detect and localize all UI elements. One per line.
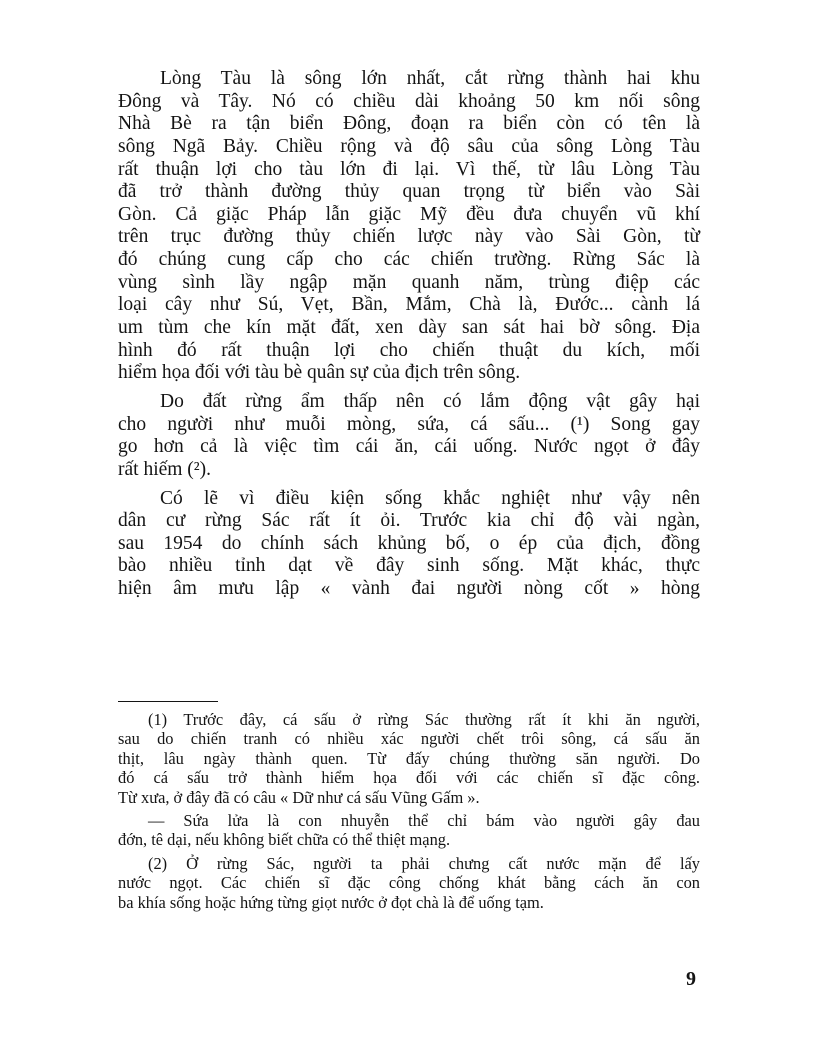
footnote-1-addendum: — Sứa lửa là con nhuyễn thể chỉ bám vào … xyxy=(118,811,700,850)
text-line: sau 1954 do chính sách khủng bố, o ép củ… xyxy=(118,533,700,556)
footnote-line: — Sứa lửa là con nhuyễn thể chỉ bám vào … xyxy=(118,811,700,830)
text-line: Đông và Tây. Nó có chiều dài khoảng 50 k… xyxy=(118,91,700,114)
text-line: rất thuận lợi cho tàu lớn đi lại. Vì thế… xyxy=(118,159,700,182)
footnote-line: nước ngọt. Các chiến sĩ đặc công chống k… xyxy=(118,873,700,892)
text-line: Do đất rừng ẩm thấp nên có lắm động vật … xyxy=(118,391,700,414)
footnote-line: (2) Ở rừng Sác, người ta phải chưng cất … xyxy=(118,854,700,873)
text-line: hình đó rất thuận lợi cho chiến thuật du… xyxy=(118,340,700,363)
paragraph: Có lẽ vì điều kiện sống khắc nghiệt như … xyxy=(118,488,700,601)
footnote-1: (1) Trước đây, cá sấu ở rừng Sác thường … xyxy=(118,710,700,807)
text-line: loại cây như Sú, Vẹt, Bần, Mắm, Chà là, … xyxy=(118,294,700,317)
text-line: Nhà Bè ra tận biển Đông, đoạn ra biển cò… xyxy=(118,113,700,136)
footnote-line: Từ xưa, ở đây đã có câu « Dữ như cá sấu … xyxy=(118,788,700,807)
text-line: Gòn. Cả giặc Pháp lẫn giặc Mỹ đều đưa ch… xyxy=(118,204,700,227)
text-line: cho người như muỗi mòng, sứa, cá sấu... … xyxy=(118,414,700,437)
body-text: Lòng Tàu là sông lớn nhất, cắt rừng thàn… xyxy=(118,68,700,601)
text-line: vùng sình lầy ngập mặn quanh năm, trùng … xyxy=(118,272,700,295)
footnote-line: đớn, tê dại, nếu không biết chữa có thể … xyxy=(118,830,700,849)
footnote-line: ba khía sống hoặc hứng từng giọt nước ở … xyxy=(118,893,700,912)
footnote-2: (2) Ở rừng Sác, người ta phải chưng cất … xyxy=(118,854,700,912)
footnote-line: đó cá sấu trở thành hiểm họa đối với các… xyxy=(118,768,700,787)
paragraph: Do đất rừng ẩm thấp nên có lắm động vật … xyxy=(118,391,700,482)
text-line: trên trục đường thủy chiến lược này vào … xyxy=(118,226,700,249)
text-line: hiểm họa đối với tàu bè quân sự của địch… xyxy=(118,362,700,385)
text-line: bào nhiều tỉnh dạt về đây sinh sống. Mặt… xyxy=(118,555,700,578)
footnote-line: thịt, lâu ngày thành quen. Từ đấy chúng … xyxy=(118,749,700,768)
text-line: rất hiếm (²). xyxy=(118,459,700,482)
page-number: 9 xyxy=(686,968,696,991)
footnote-separator xyxy=(118,701,218,702)
text-line: Lòng Tàu là sông lớn nhất, cắt rừng thàn… xyxy=(118,68,700,91)
text-line: hiện âm mưu lập « vành đai người nòng cố… xyxy=(118,578,700,601)
paragraph: Lòng Tàu là sông lớn nhất, cắt rừng thàn… xyxy=(118,68,700,385)
text-line: dân cư rừng Sác rất ít ỏi. Trước kia chỉ… xyxy=(118,510,700,533)
text-line: go hơn cả là việc tìm cái ăn, cái uống. … xyxy=(118,436,700,459)
footnote-line: sau do chiến tranh có nhiều xác người ch… xyxy=(118,729,700,748)
footnotes: (1) Trước đây, cá sấu ở rừng Sác thường … xyxy=(118,710,700,912)
text-line: Có lẽ vì điều kiện sống khắc nghiệt như … xyxy=(118,488,700,511)
text-line: sông Ngã Bảy. Chiều rộng và độ sâu của s… xyxy=(118,136,700,159)
text-line: đó chúng cung cấp cho các chiến trường. … xyxy=(118,249,700,272)
text-line: um tùm che kín mặt đất, xen dày san sát … xyxy=(118,317,700,340)
text-line: đã trở thành đường thủy quan trọng từ bi… xyxy=(118,181,700,204)
footnote-line: (1) Trước đây, cá sấu ở rừng Sác thường … xyxy=(118,710,700,729)
book-page: Lòng Tàu là sông lớn nhất, cắt rừng thàn… xyxy=(0,0,816,1056)
